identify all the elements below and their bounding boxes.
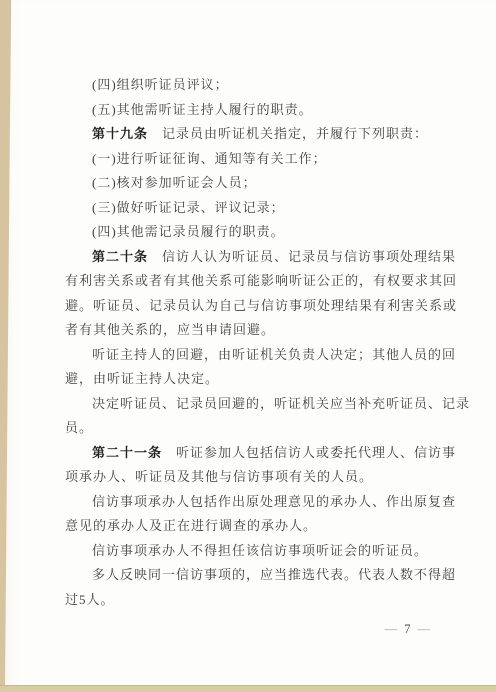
line-text: 信访事项承办人不得担任该信访事项听证会的听证员。 [92,543,428,558]
line-text: 避。听证员、记录员认为自己与信访事项处理结果有利害关系或 [65,298,457,313]
text-line: 多人反映同一信访事项的，应当推选代表。代表人数不得超 [65,563,459,588]
text-line: 有利害关系或者有其他关系可能影响听证公正的，有权要求其回 [65,269,459,294]
text-line: 第十九条 记录员由听证机关指定，并履行下列职责： [65,122,459,147]
line-text: 意见的承办人及正在进行调查的承办人。 [65,518,317,533]
article-number: 第十九条 [92,126,148,141]
text-line: (三)做好听证记录、评议记录； [65,196,459,221]
line-text: 信访事项承办人包括作出原处理意见的承办人、作出原复查 [92,494,456,509]
line-text: (四)其他需记录员履行的职责。 [92,224,285,239]
scan-bottom-edge [0,685,496,692]
line-text: 者有其他关系的，应当申请回避。 [65,322,275,337]
page-number-value: 7 [404,622,410,636]
line-text: 信访人认为听证员、记录员与信访事项处理结果 [148,249,456,264]
text-line: 项承办人、听证员及其他与信访事项有关的人员。 [65,465,459,490]
text-line: 决定听证员、记录员回避的，听证机关应当补充听证员、记录 [65,392,459,417]
line-text: 过5人。 [65,592,115,607]
text-line: 第二十一条 听证参加人包括信访人或委托代理人、信访事 [65,441,459,466]
line-text: 听证主持人的回避，由听证机关负责人决定；其他人员的回 [92,347,456,362]
article-number: 第二十一条 [92,445,162,460]
line-text: 避，由听证主持人决定。 [65,371,219,386]
line-text: (三)做好听证记录、评议记录； [92,200,285,215]
line-text: 项承办人、听证员及其他与信访事项有关的人员。 [65,469,373,484]
line-text: 多人反映同一信访事项的，应当推选代表。代表人数不得超 [92,567,456,582]
text-line: (一)进行听证征询、通知等有关工作； [65,147,459,172]
page-number-right-dash: — [418,622,431,636]
document-body: (四)组织听证员评议；(五)其他需听证主持人履行的职责。第十九条 记录员由听证机… [65,73,459,612]
line-text: 记录员由听证机关指定，并履行下列职责： [148,126,428,141]
text-line: (四)其他需记录员履行的职责。 [65,220,459,245]
text-line: 避。听证员、记录员认为自己与信访事项处理结果有利害关系或 [65,294,459,319]
text-line: (五)其他需听证主持人履行的职责。 [65,98,459,123]
line-text: 决定听证员、记录员回避的，听证机关应当补充听证员、记录 [92,396,470,411]
text-line: 避，由听证主持人决定。 [65,367,459,392]
text-line: (四)组织听证员评议； [65,73,459,98]
text-line: 听证主持人的回避，由听证机关负责人决定；其他人员的回 [65,343,459,368]
line-text: (二)核对参加听证会人员； [92,175,257,190]
text-line: 信访事项承办人不得担任该信访事项听证会的听证员。 [65,539,459,564]
text-line: 员。 [65,416,459,441]
page-number: — 7 — [385,622,430,636]
line-text: 员。 [65,420,93,435]
text-line: (二)核对参加听证会人员； [65,171,459,196]
text-line: 第二十条 信访人认为听证员、记录员与信访事项处理结果 [65,245,459,270]
line-text: 听证参加人包括信访人或委托代理人、信访事 [162,445,456,460]
line-text: (一)进行听证征询、通知等有关工作； [92,151,327,166]
text-line: 过5人。 [65,588,459,613]
document-page: (四)组织听证员评议；(五)其他需听证主持人履行的职责。第十九条 记录员由听证机… [0,0,496,692]
text-line: 信访事项承办人包括作出原处理意见的承办人、作出原复查 [65,490,459,515]
line-text: (四)组织听证员评议； [92,77,229,92]
scan-left-edge [0,0,11,692]
line-text: 有利害关系或者有其他关系可能影响听证公正的，有权要求其回 [65,273,457,288]
text-line: 者有其他关系的，应当申请回避。 [65,318,459,343]
page-number-left-dash: — [385,622,398,636]
text-line: 意见的承办人及正在进行调查的承办人。 [65,514,459,539]
line-text: (五)其他需听证主持人履行的职责。 [92,102,313,117]
article-number: 第二十条 [92,249,148,264]
